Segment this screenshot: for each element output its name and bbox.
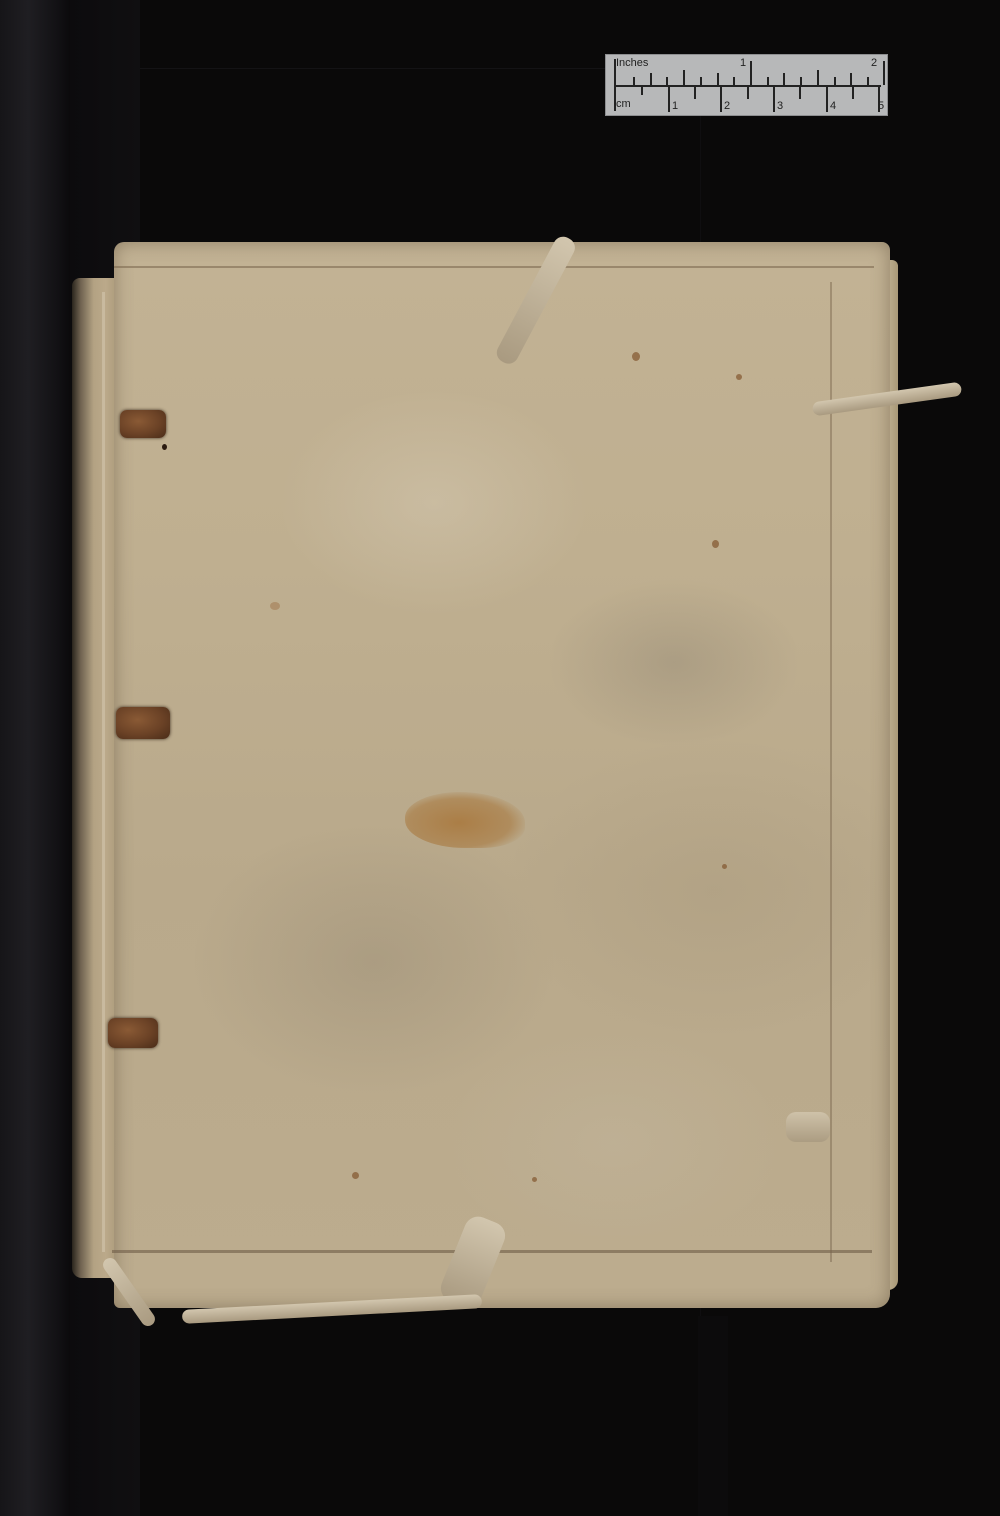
book-spine-edge — [72, 278, 120, 1278]
inch-minor-tick — [850, 73, 852, 85]
inch-2-label: 2 — [871, 58, 877, 69]
cm-2-label: 2 — [724, 101, 730, 112]
scale-ruler: Inches cm 1 2 1 2 3 4 5 — [605, 54, 888, 116]
cm-half-tick — [799, 86, 801, 99]
cover-right-fold — [830, 282, 832, 1262]
stain-spot — [722, 864, 727, 869]
inch-half-tick — [817, 70, 819, 85]
cm-3-label: 3 — [777, 101, 783, 112]
background-shadow-strip — [698, 1316, 728, 1516]
spine-clasp-middle — [116, 707, 170, 739]
ruler-cm-label: cm — [616, 99, 631, 110]
background-cloth-fold — [0, 0, 70, 1516]
cm-5-label: 5 — [878, 101, 884, 112]
stain-spot — [162, 444, 167, 450]
inch-1-tick — [750, 61, 752, 85]
inch-half-tick — [683, 70, 685, 85]
inch-minor-tick — [700, 77, 702, 85]
cm-half-tick — [747, 86, 749, 99]
stain-spot — [532, 1177, 537, 1182]
stain-spot — [736, 374, 742, 380]
inch-minor-tick — [733, 77, 735, 85]
spine-clasp-top — [120, 410, 166, 438]
inch-minor-tick — [867, 77, 869, 85]
cover-top-fold — [114, 266, 874, 268]
cm-2-tick — [720, 86, 722, 112]
inch-minor-tick — [633, 77, 635, 85]
stain-spot — [352, 1172, 359, 1179]
inch-minor-tick — [783, 73, 785, 85]
vellum-book — [72, 232, 898, 1310]
inch-minor-tick — [650, 73, 652, 85]
stain-spot — [632, 352, 640, 361]
inch-2-tick — [883, 61, 885, 85]
cm-half-tick — [641, 86, 643, 95]
cm-1-tick — [668, 86, 670, 112]
ruler-inches-label: Inches — [616, 58, 648, 69]
cm-1-label: 1 — [672, 101, 678, 112]
inch-minor-tick — [717, 73, 719, 85]
inch-minor-tick — [666, 77, 668, 85]
inch-1-label: 1 — [740, 58, 746, 69]
cm-3-tick — [773, 86, 775, 112]
cm-4-label: 4 — [830, 101, 836, 112]
spine-crease — [102, 292, 105, 1252]
ruler-origin-tick — [614, 59, 616, 111]
spine-clasp-bottom — [108, 1018, 158, 1048]
leather-tie-stub — [786, 1112, 830, 1142]
inch-minor-tick — [800, 77, 802, 85]
stain-spot — [712, 540, 719, 548]
cm-half-tick — [694, 86, 696, 99]
cm-half-tick — [852, 86, 854, 99]
cm-4-tick — [826, 86, 828, 112]
inch-minor-tick — [834, 77, 836, 85]
inch-minor-tick — [767, 77, 769, 85]
stain-spot — [270, 602, 280, 610]
vellum-cover — [114, 242, 890, 1308]
